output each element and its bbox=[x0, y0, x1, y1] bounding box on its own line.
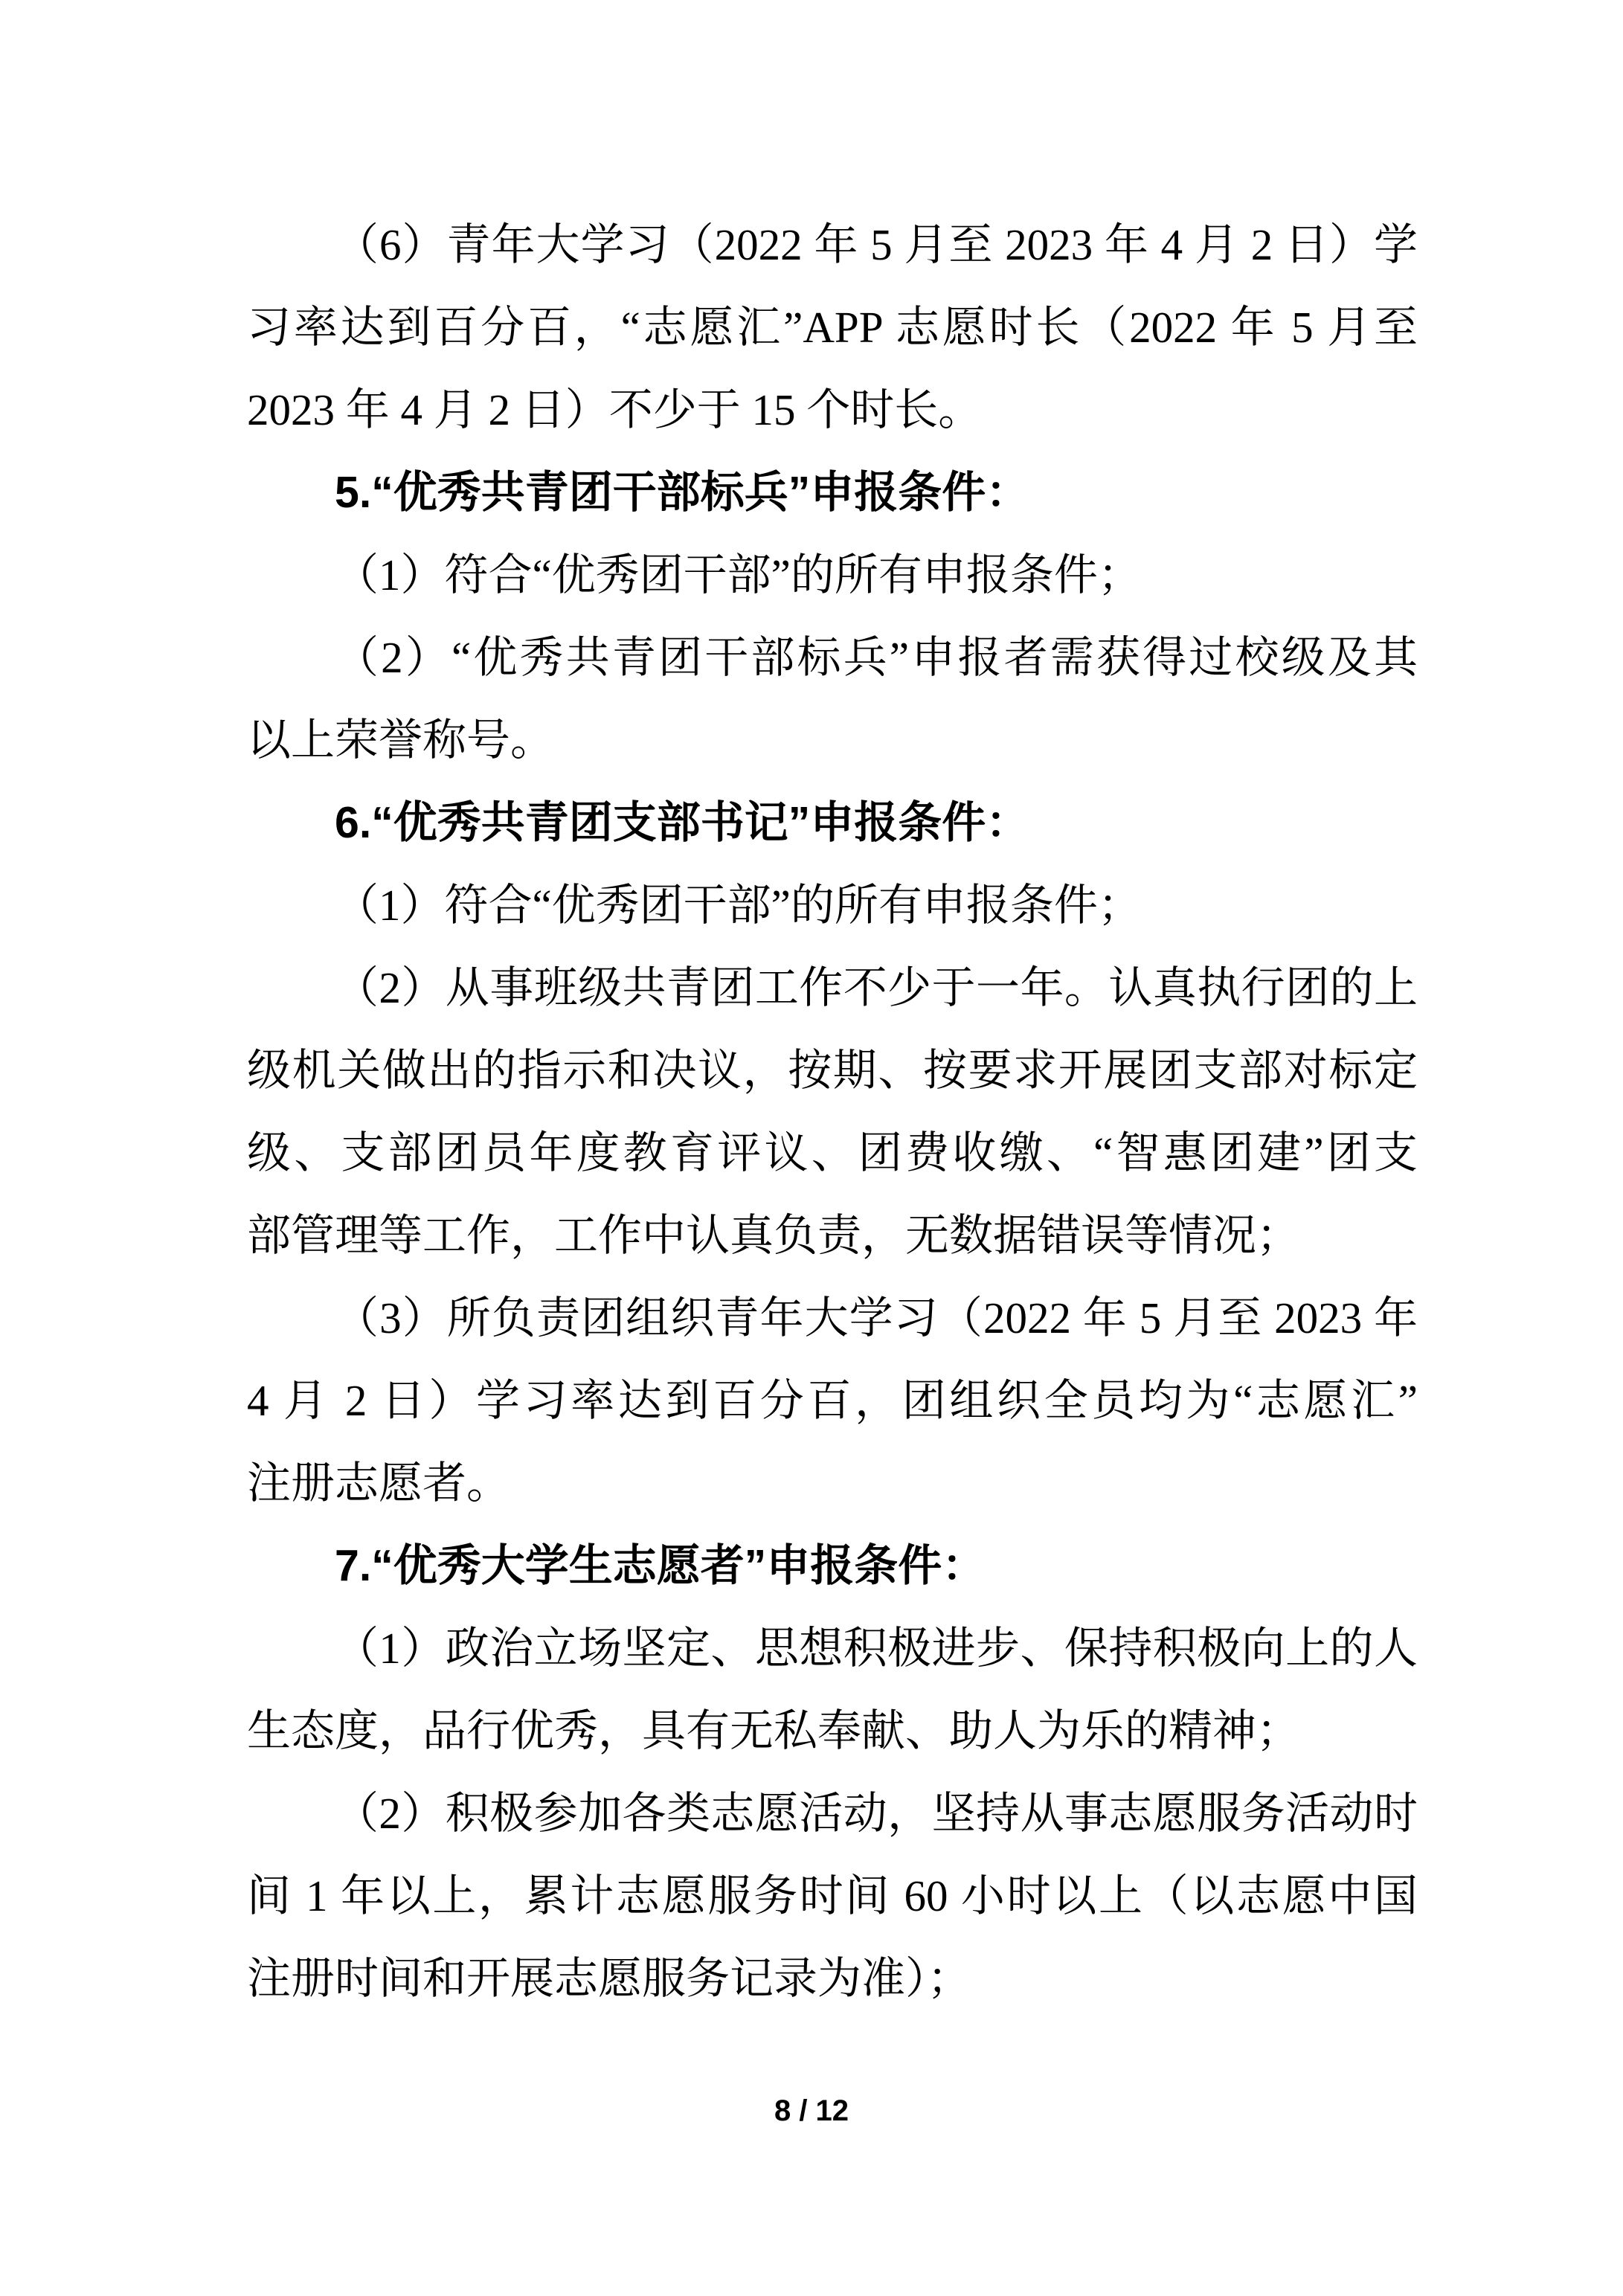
text-line: （1）符合“优秀团干部”的所有申报条件； bbox=[247, 534, 1418, 617]
text-line: 2023 年 4 月 2 日）不少于 15 个时长。 bbox=[247, 369, 1418, 451]
paragraph: （2）从事班级共青团工作不少于一年。认真执行团的上 级机关做出的指示和决议，按期… bbox=[247, 947, 1418, 1277]
text-line: （1）符合“优秀团干部”的所有申报条件； bbox=[247, 864, 1418, 947]
paragraph: （6）青年大学习（2022 年 5 月至 2023 年 4 月 2 日）学 习率… bbox=[247, 204, 1418, 451]
text-line: 4 月 2 日）学习率达到百分百，团组织全员均为“志愿汇” bbox=[247, 1360, 1418, 1442]
text-line: 级、支部团员年度教育评议、团费收缴、“智惠团建”团支 bbox=[247, 1112, 1418, 1194]
text-line: 以上荣誉称号。 bbox=[247, 699, 1418, 782]
text-line: 间 1 年以上，累计志愿服务时间 60 小时以上（以志愿中国 bbox=[247, 1855, 1418, 1938]
text-line: 部管理等工作，工作中认真负责，无数据错误等情况； bbox=[247, 1194, 1418, 1277]
paragraph: （3）所负责团组织青年大学习（2022 年 5 月至 2023 年 4 月 2 … bbox=[247, 1277, 1418, 1525]
text-line: 注册志愿者。 bbox=[247, 1442, 1418, 1525]
text-line: 注册时间和开展志愿服务记录为准）； bbox=[247, 1938, 1418, 2020]
paragraph: （1）符合“优秀团干部”的所有申报条件； bbox=[247, 864, 1418, 947]
section-heading: 7.“优秀大学生志愿者”申报条件： bbox=[247, 1525, 1418, 1607]
text-line: （2）“优秀共青团干部标兵”申报者需获得过校级及其 bbox=[247, 617, 1418, 699]
heading-line: 7.“优秀大学生志愿者”申报条件： bbox=[247, 1525, 1418, 1607]
page-number: 8 / 12 bbox=[0, 2094, 1623, 2128]
text-line: （1）政治立场坚定、思想积极进步、保持积极向上的人 bbox=[247, 1607, 1418, 1690]
paragraph: （2）积极参加各类志愿活动，坚持从事志愿服务活动时 间 1 年以上，累计志愿服务… bbox=[247, 1772, 1418, 2020]
document-page: （6）青年大学习（2022 年 5 月至 2023 年 4 月 2 日）学 习率… bbox=[0, 0, 1623, 2296]
text-line: 习率达到百分百，“志愿汇”APP 志愿时长（2022 年 5 月至 bbox=[247, 286, 1418, 369]
text-line: 级机关做出的指示和决议，按期、按要求开展团支部对标定 bbox=[247, 1029, 1418, 1112]
heading-line: 6.“优秀共青团支部书记”申报条件： bbox=[247, 782, 1418, 864]
section-heading: 5.“优秀共青团干部标兵”申报条件： bbox=[247, 451, 1418, 534]
heading-line: 5.“优秀共青团干部标兵”申报条件： bbox=[247, 451, 1418, 534]
paragraph: （1）政治立场坚定、思想积极进步、保持积极向上的人 生态度，品行优秀，具有无私奉… bbox=[247, 1607, 1418, 1772]
paragraph: （2）“优秀共青团干部标兵”申报者需获得过校级及其 以上荣誉称号。 bbox=[247, 617, 1418, 782]
text-line: （3）所负责团组织青年大学习（2022 年 5 月至 2023 年 bbox=[247, 1277, 1418, 1360]
text-line: （2）从事班级共青团工作不少于一年。认真执行团的上 bbox=[247, 947, 1418, 1029]
paragraph: （1）符合“优秀团干部”的所有申报条件； bbox=[247, 534, 1418, 617]
text-line: （6）青年大学习（2022 年 5 月至 2023 年 4 月 2 日）学 bbox=[247, 204, 1418, 286]
text-line: （2）积极参加各类志愿活动，坚持从事志愿服务活动时 bbox=[247, 1772, 1418, 1855]
page-content: （6）青年大学习（2022 年 5 月至 2023 年 4 月 2 日）学 习率… bbox=[247, 204, 1418, 2020]
text-line: 生态度，品行优秀，具有无私奉献、助人为乐的精神； bbox=[247, 1690, 1418, 1772]
section-heading: 6.“优秀共青团支部书记”申报条件： bbox=[247, 782, 1418, 864]
